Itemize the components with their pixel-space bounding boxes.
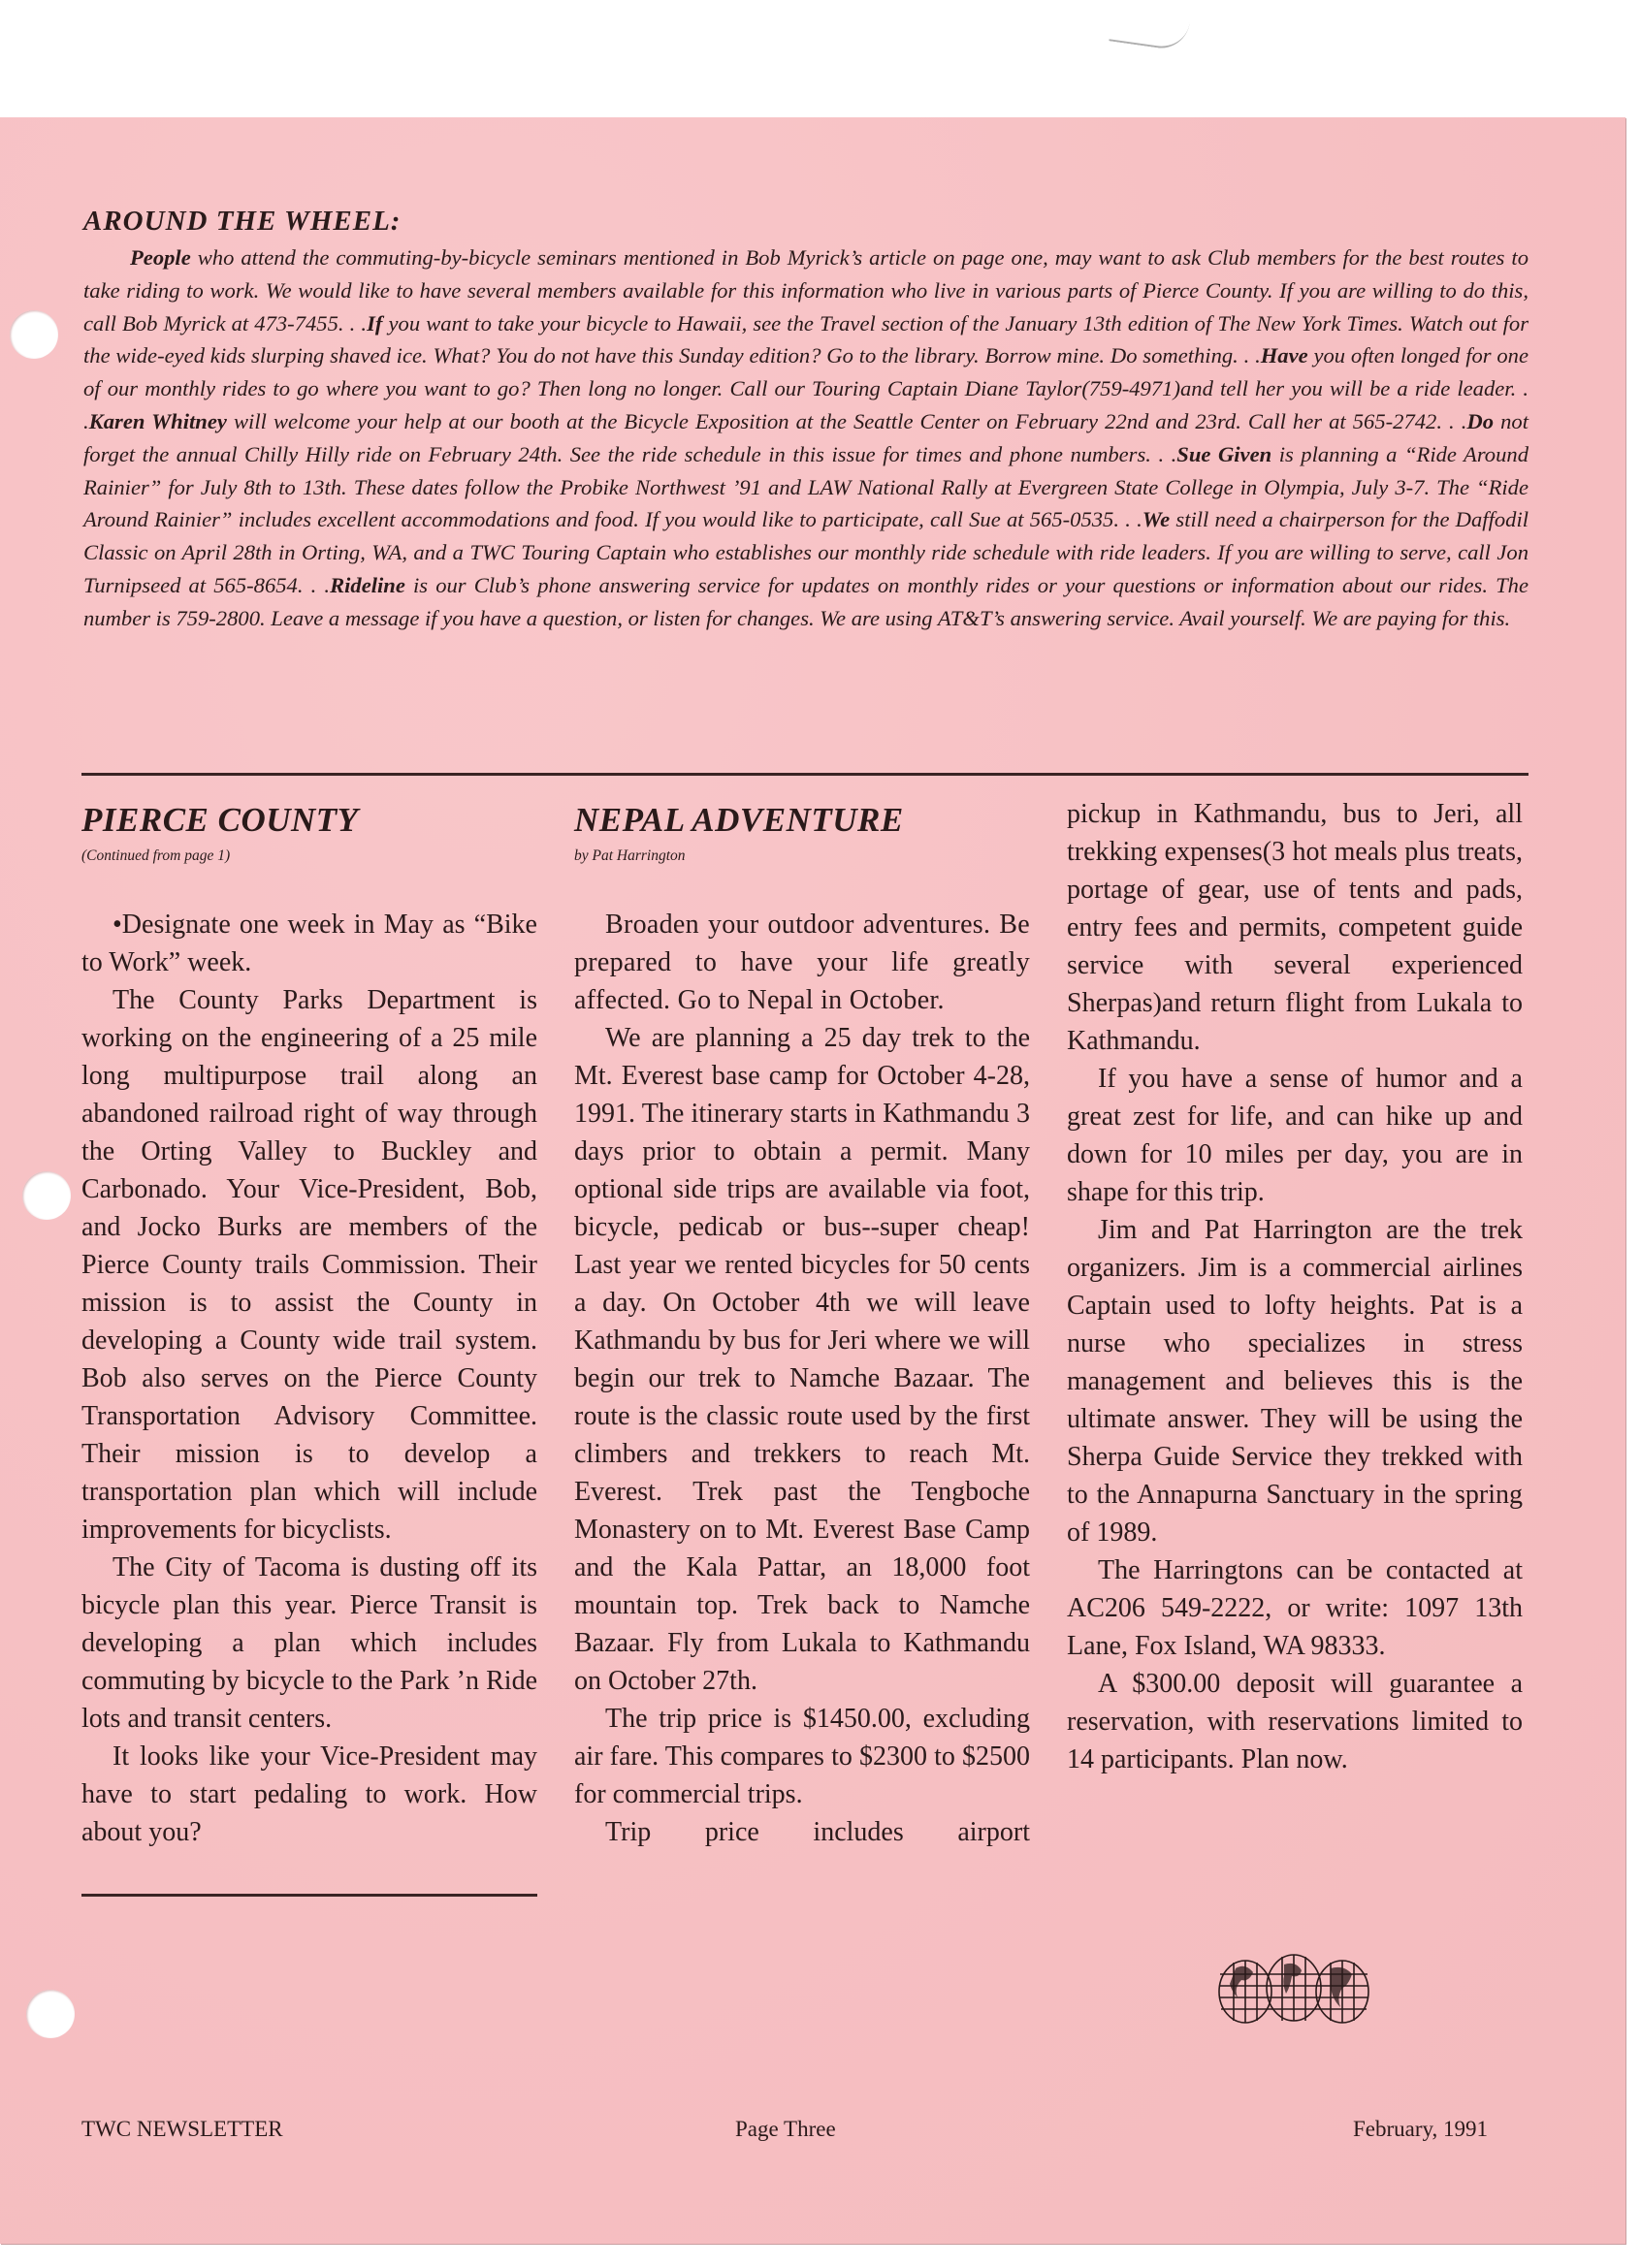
article-body: •Designate one week in May as “Bike to W… bbox=[81, 906, 537, 1851]
globe-map-logo-icon bbox=[1216, 1953, 1371, 2025]
paragraph: The County Parks Department is working o… bbox=[81, 981, 537, 1549]
article-end-rule bbox=[81, 1894, 537, 1897]
section-body: People who attend the commuting-by-bicyc… bbox=[83, 241, 1528, 635]
paragraph: •Designate one week in May as “Bike to W… bbox=[81, 906, 537, 981]
lead-in: Karen Whitney bbox=[89, 409, 227, 433]
article-body: Broaden your outdoor adventures. Be prep… bbox=[574, 906, 1030, 1851]
article-byline: by Pat Harrington bbox=[574, 846, 1030, 867]
paragraph: pickup in Kathmandu, bus to Jeri, all tr… bbox=[1067, 795, 1523, 1060]
lead-in: Have bbox=[1261, 343, 1308, 367]
footer-publication: TWC NEWSLETTER bbox=[81, 2117, 283, 2142]
lead-in: Sue Given bbox=[1176, 442, 1271, 466]
lead-in: Do bbox=[1466, 409, 1494, 433]
paragraph: The City of Tacoma is dusting off its bi… bbox=[81, 1549, 537, 1738]
footer-page-number: Page Three bbox=[735, 2117, 836, 2142]
scan-artifact-mark bbox=[1109, 13, 1189, 52]
section-divider bbox=[81, 773, 1528, 776]
paragraph: Trip price includes airport bbox=[574, 1813, 1030, 1851]
punch-hole bbox=[26, 1990, 75, 2038]
around-the-wheel-section: AROUND THE WHEEL: People who attend the … bbox=[83, 206, 1528, 635]
body-text: will welcome your help at our booth at t… bbox=[227, 409, 1467, 433]
paragraph: It looks like your Vice-President may ha… bbox=[81, 1738, 537, 1851]
nepal-adventure-article: NEPAL ADVENTURE by Pat Harrington Broade… bbox=[574, 795, 1030, 1851]
punch-hole bbox=[22, 1171, 71, 1220]
lead-in: People bbox=[130, 245, 191, 270]
paragraph: If you have a sense of humor and a great… bbox=[1067, 1060, 1523, 1211]
article-title: NEPAL ADVENTURE bbox=[574, 795, 1030, 846]
pierce-county-article: PIERCE COUNTY (Continued from page 1) •D… bbox=[81, 795, 537, 1897]
punch-hole bbox=[10, 310, 58, 359]
paragraph: The trip price is $1450.00, excluding ai… bbox=[574, 1700, 1030, 1813]
lead-in: If bbox=[367, 311, 382, 335]
article-title: PIERCE COUNTY bbox=[81, 795, 537, 846]
paragraph: A $300.00 deposit will guarantee a reser… bbox=[1067, 1665, 1523, 1778]
paragraph: Broaden your outdoor adventures. Be prep… bbox=[574, 906, 1030, 1019]
article-body: pickup in Kathmandu, bus to Jeri, all tr… bbox=[1067, 795, 1523, 1778]
scan-background bbox=[0, 0, 1641, 117]
article-subtitle: (Continued from page 1) bbox=[81, 846, 537, 867]
nepal-adventure-continued: pickup in Kathmandu, bus to Jeri, all tr… bbox=[1067, 795, 1523, 1778]
paragraph: We are planning a 25 day trek to the Mt.… bbox=[574, 1019, 1030, 1700]
lead-in: Rideline bbox=[330, 573, 405, 597]
paragraph: Jim and Pat Harrington are the trek orga… bbox=[1067, 1211, 1523, 1551]
footer-date: February, 1991 bbox=[1353, 2117, 1488, 2142]
paragraph: The Harringtons can be contacted at AC20… bbox=[1067, 1551, 1523, 1665]
lead-in: We bbox=[1142, 507, 1170, 531]
section-title: AROUND THE WHEEL: bbox=[83, 206, 1528, 238]
